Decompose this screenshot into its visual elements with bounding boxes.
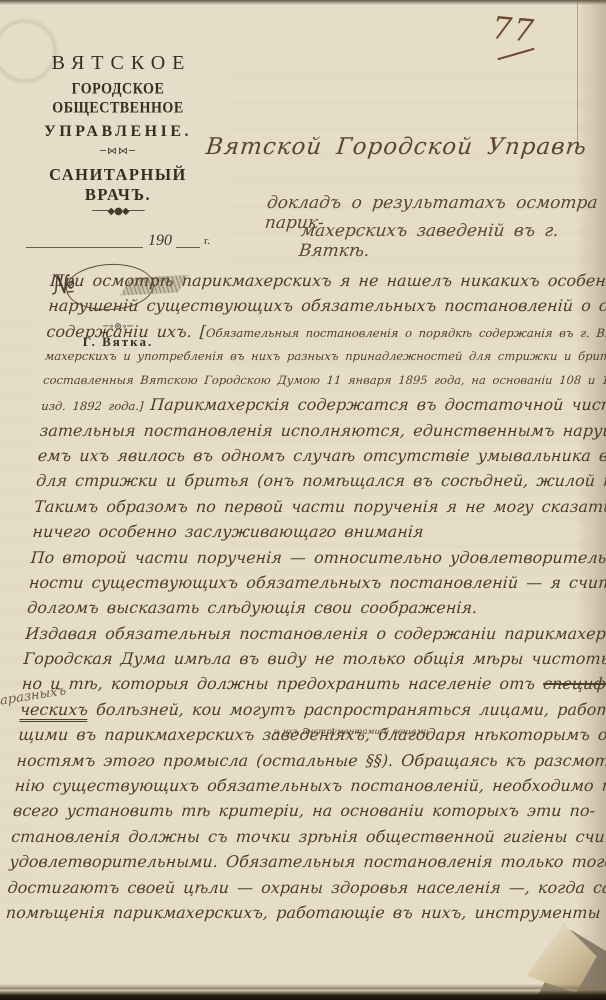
- text-segment: зательныя постановленія исполняются, еди…: [39, 421, 606, 440]
- org-name-line2: ГОРОДСКОЕ ОБЩЕСТВЕННОЕ: [25, 80, 211, 118]
- body-line: становленія должны съ точки зрѣнія общес…: [10, 824, 580, 849]
- folio-underline-stroke: [497, 48, 534, 60]
- org-name-line3: УПРАВЛЕНІЕ.: [22, 123, 214, 141]
- printed-year-suffix: г.: [204, 235, 210, 248]
- date-blank-line: [176, 233, 200, 248]
- text-segment: ности существующихъ обязательныхъ постан…: [28, 573, 606, 592]
- interline-insertion-note: и ихъ инструментами и вещами: [273, 720, 430, 745]
- body-line: нію существующихъ обязательныхъ постанов…: [14, 773, 584, 798]
- text-segment: Такимъ образомъ по первой части поручені…: [34, 497, 606, 516]
- body-line: При осмотрѣ парикмахерскихъ я не нашелъ …: [49, 268, 606, 293]
- body-line: Такимъ образомъ по первой части поручені…: [33, 494, 603, 519]
- body-line: емъ ихъ явилось въ одномъ случаѣ отсутст…: [37, 443, 606, 468]
- body-line: составленныя Вятскою Городскою Думою 11 …: [42, 368, 606, 392]
- body-line: удовлетворительными. Обязательныя постан…: [9, 849, 579, 874]
- text-segment: для стрижки и бритья (онъ помѣщался въ с…: [35, 471, 606, 490]
- addressee-heading: Вятской Городской Управѣ: [205, 134, 589, 160]
- body-line: изд. 1892 года.] Парикмахерскія содержат…: [41, 392, 606, 417]
- body-line: зательныя постановленія исполняются, еди…: [39, 418, 606, 443]
- org-name-line1: ВЯТСКОЕ: [22, 52, 214, 75]
- body-line: нарушеній существующихъ обязательныхъ по…: [47, 293, 606, 318]
- body-text: При осмотрѣ парикмахерскихъ я не нашелъ …: [5, 268, 606, 925]
- body-line: Издавая обязательныя постановленія о сод…: [25, 621, 595, 646]
- body-line: По второй части порученія — относительно…: [30, 545, 600, 570]
- text-segment: помѣщенія парикмахерскихъ, работающіе въ…: [5, 903, 606, 922]
- report-subtitle-line2: махерскихъ заведеній въ г. Вяткѣ.: [298, 221, 606, 261]
- body-line: ческихъ болѣзней, кои могутъ распростран…: [19, 697, 589, 722]
- text-segment: достигаютъ своей цѣли — охраны здоровья …: [7, 878, 606, 897]
- photo-top-edge: [0, 0, 606, 5]
- text-segment: всего установить тѣ критеріи, на основан…: [12, 801, 595, 820]
- date-blank-row: 190 г.: [22, 233, 214, 248]
- body-line: ности существующихъ обязательныхъ постан…: [28, 570, 598, 595]
- body-line: содержаніи ихъ. [Обязательныя постановле…: [46, 319, 606, 344]
- date-blank-line: [26, 233, 143, 248]
- text-segment: Городская Дума имѣла въ виду не только о…: [23, 649, 606, 668]
- body-line: Городская Дума имѣла въ виду не только о…: [23, 646, 593, 671]
- text-segment: но и тѣ, которыя должны предохранить нас…: [21, 674, 544, 693]
- text-segment: становленія должны съ точки зрѣнія общес…: [11, 827, 606, 846]
- body-line: всего установить тѣ критеріи, на основан…: [12, 798, 582, 823]
- body-line: для стрижки и бритья (онъ помѣщался въ с…: [35, 468, 605, 493]
- text-segment: ностямъ этого промысла (остальные §§). О…: [16, 751, 606, 770]
- folio-number: 77: [491, 10, 537, 50]
- text-segment: махерскихъ и употребленія въ нихъ разных…: [44, 349, 606, 363]
- text-segment: При осмотрѣ парикмахерскихъ я не нашелъ …: [49, 271, 606, 290]
- text-segment: ничего особенно заслуживающаго вниманія: [32, 522, 424, 541]
- text-segment: Парикмахерскія содержатся въ достаточной…: [150, 395, 606, 414]
- text-segment: нію существующихъ обязательныхъ постанов…: [14, 776, 606, 795]
- text-segment: Издавая обязательныя постановленія о сод…: [25, 624, 606, 643]
- text-segment: составленныя Вятскою Городскою Думою 11 …: [43, 373, 606, 387]
- text-segment: изд. 1892 года.]: [41, 399, 151, 413]
- body-line: махерскихъ и употребленія въ нихъ разных…: [44, 344, 606, 368]
- body-line: достигаютъ своей цѣли — охраны здоровья …: [7, 875, 577, 900]
- text-segment: удовлетворительными. Обязательныя постан…: [9, 852, 606, 871]
- underlying-page-edge: [577, 0, 578, 150]
- body-line: помѣщенія парикмахерскихъ, работающіе въ…: [5, 900, 575, 925]
- body-line: но и тѣ, которыя должны предохранить нас…: [21, 671, 591, 696]
- ornament-bowtie-divider: ─⋈⋈─: [22, 146, 214, 157]
- text-segment: По второй части порученія — относительно…: [30, 548, 606, 567]
- photo-bottom-edge: [0, 984, 606, 1000]
- struck-out-word: специфи-: [542, 674, 606, 693]
- document-scan: 77 ВЯТСКОЕ ГОРОДСКОЕ ОБЩЕСТВЕННОЕ УПРАВЛ…: [0, 0, 606, 1000]
- text-segment: емъ ихъ явилось въ одномъ случаѣ отсутст…: [37, 446, 606, 465]
- body-line: ностямъ этого промысла (остальные §§). О…: [16, 748, 586, 773]
- body-line: ничего особенно заслуживающаго вниманія: [32, 519, 602, 544]
- department-title: САНИТАРНЫЙ ВРАЧЪ.: [22, 165, 214, 205]
- text-segment: долгомъ высказать слѣдующія свои соображ…: [27, 598, 478, 617]
- text-segment: нарушеній существующихъ обязательныхъ по…: [48, 296, 606, 315]
- text-segment: болѣзней, кои могутъ распространяться ли…: [87, 700, 606, 719]
- ornament-diamond-divider: ───◆●◆───: [22, 206, 214, 217]
- text-segment: содержаніи ихъ. [: [46, 322, 207, 341]
- printed-year-prefix: 190: [148, 234, 172, 248]
- body-line: долгомъ высказать слѣдующія свои соображ…: [26, 595, 596, 620]
- text-segment: Обязательныя постановленія о порядкѣ сод…: [206, 326, 606, 340]
- body-line: щими въ парикмахерскихъ заведеніяхъ, бла…: [17, 722, 587, 747]
